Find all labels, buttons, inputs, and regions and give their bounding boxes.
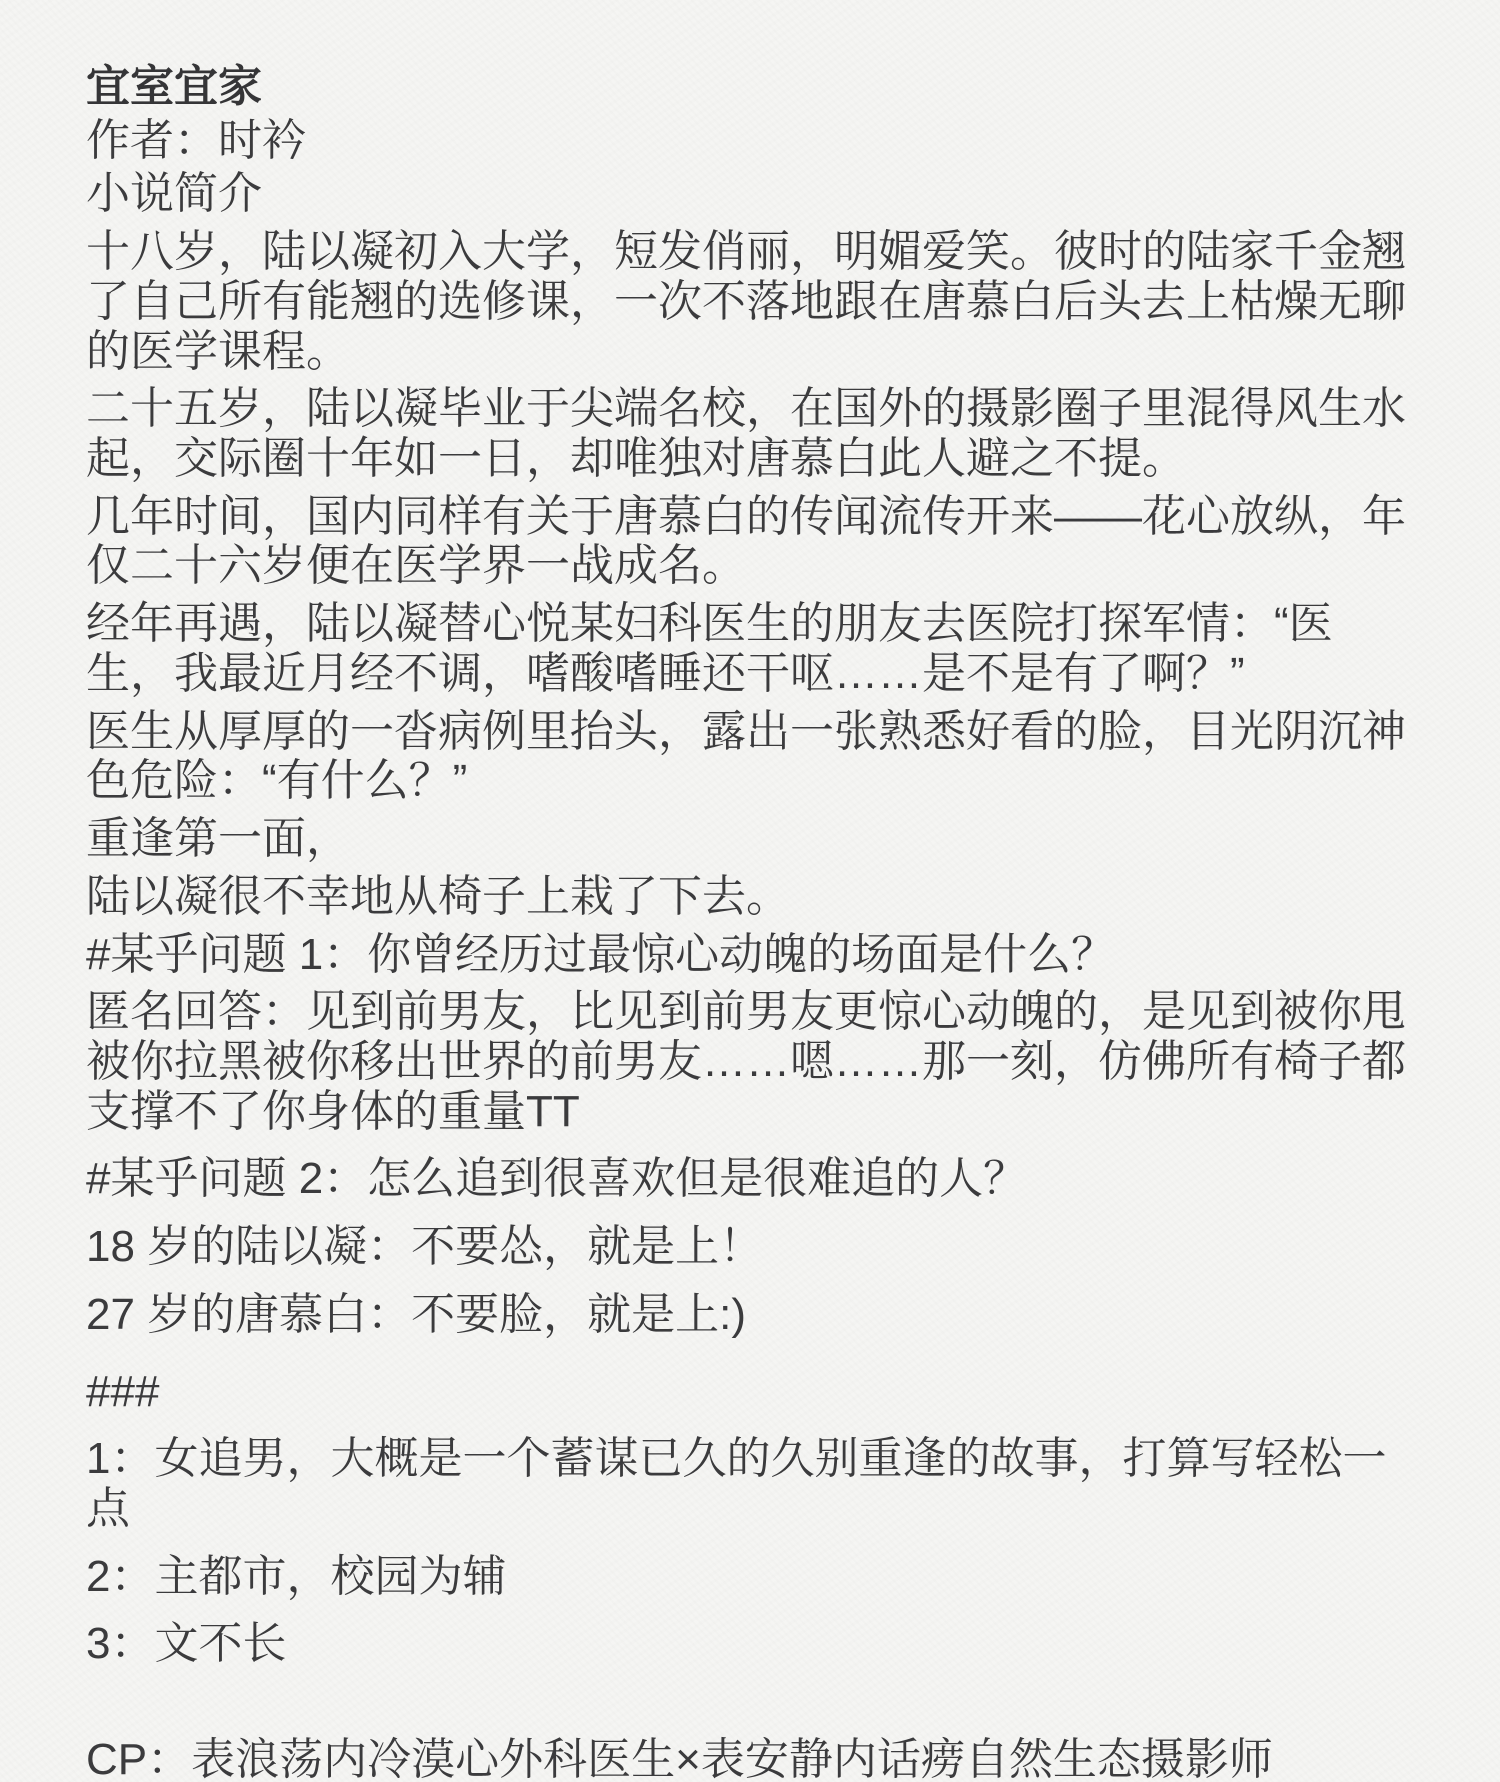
section-label: 小说简介	[86, 169, 1418, 219]
paragraph: #某乎问题 2：怎么追到很喜欢但是很难追的人？	[86, 1154, 1418, 1204]
paragraph: 27 岁的唐慕白：不要脸，就是上:)	[86, 1290, 1418, 1340]
paragraph: 匿名回答：见到前男友，比见到前男友更惊心动魄的，是见到被你甩被你拉黑被你移出世界…	[86, 987, 1418, 1136]
paragraph: 3：文不长	[86, 1619, 1418, 1669]
paragraph: 1：女追男，大概是一个蓄谋已久的久别重逢的故事，打算写轻松一点	[86, 1434, 1418, 1533]
author-line: 作者：时衿	[86, 116, 1418, 166]
paragraph: ###	[86, 1367, 1418, 1417]
paragraph: 二十五岁，陆以凝毕业于尖端名校，在国外的摄影圈子里混得风生水起，交际圈十年如一日…	[86, 384, 1418, 483]
paragraph: 几年时间，国内同样有关于唐慕白的传闻流传开来——花心放纵，年仅二十六岁便在医学界…	[86, 492, 1418, 591]
paragraph: 重逢第一面，	[86, 814, 1418, 864]
note-title: 宜室宜家	[86, 62, 1418, 112]
note-page: 宜室宜家 作者：时衿 小说简介 十八岁，陆以凝初入大学，短发俏丽，明媚爱笑。彼时…	[0, 0, 1500, 1782]
paragraph: 18 岁的陆以凝：不要怂，就是上！	[86, 1222, 1418, 1272]
paragraph: 陆以凝很不幸地从椅子上栽了下去。	[86, 872, 1418, 922]
cp-line: CP：表浪荡内冷漠心外科医生×表安静内话痨自然生态摄影师	[86, 1735, 1418, 1782]
paragraph: 医生从厚厚的一沓病例里抬头，露出一张熟悉好看的脸，目光阴沉神色危险：“有什么？”	[86, 707, 1418, 806]
paragraph: #某乎问题 1：你曾经历过最惊心动魄的场面是什么？	[86, 930, 1418, 980]
paragraph: 十八岁，陆以凝初入大学，短发俏丽，明媚爱笑。彼时的陆家千金翘了自己所有能翘的选修…	[86, 227, 1418, 376]
paragraph: 经年再遇，陆以凝替心悦某妇科医生的朋友去医院打探军情：“医生，我最近月经不调，嗜…	[86, 599, 1418, 698]
paragraph: 2：主都市，校园为辅	[86, 1552, 1418, 1602]
